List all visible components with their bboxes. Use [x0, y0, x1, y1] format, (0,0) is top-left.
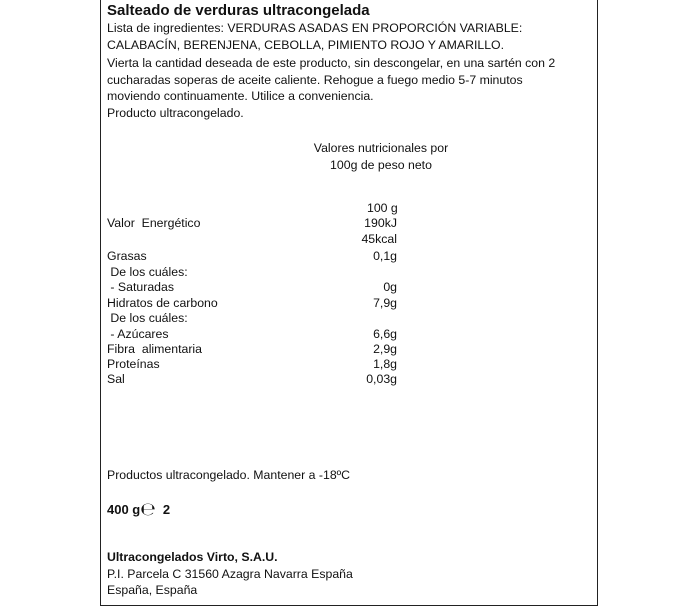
- ingredients-line-1: Lista de ingredientes: VERDURAS ASADAS E…: [107, 21, 522, 35]
- instructions-line-2: cucharadas soperas de aceite caliente. R…: [107, 73, 523, 87]
- nutrition-row-value: 45kcal: [301, 232, 397, 246]
- nutrition-row-label: Grasas: [107, 249, 147, 263]
- estimated-sign-icon: ℮: [140, 499, 155, 520]
- product-type: Producto ultracongelado.: [107, 106, 244, 120]
- company-country: España, España: [107, 583, 197, 597]
- nutrition-row-value: 0g: [301, 280, 397, 294]
- nutrition-column-header: 100 g: [367, 201, 398, 215]
- storage-note: Productos ultracongelado. Mantener a -18…: [107, 468, 350, 482]
- nutrition-row-label: Fibra alimentaria: [107, 342, 202, 356]
- instructions-line-3: moviendo continuamente. Utilice a conven…: [107, 89, 374, 103]
- ingredients-line-2: CALABACÍN, BERENJENA, CEBOLLA, PIMIENTO …: [107, 38, 504, 52]
- nutrition-row-value: 6,6g: [301, 327, 397, 341]
- nutrition-header-line-1: Valores nutricionales por: [281, 141, 481, 155]
- product-title: Salteado de verduras ultracongelada: [107, 2, 370, 20]
- nutrition-row-label: Sal: [107, 372, 125, 386]
- nutrition-row-value: 190kJ: [301, 216, 397, 230]
- product-label: Salteado de verduras ultracongelada List…: [100, 0, 598, 606]
- nutrition-row-label: Hidratos de carbono: [107, 296, 218, 310]
- instructions-line-1: Vierta la cantidad deseada de este produ…: [107, 56, 555, 70]
- units-count: 2: [163, 502, 170, 517]
- nutrition-row-value: 7,9g: [301, 296, 397, 310]
- nutrition-row-label: Valor Energético: [107, 216, 200, 230]
- nutrition-row-label: De los cuáles:: [107, 265, 188, 279]
- nutrition-row-label: - Azúcares: [107, 327, 169, 341]
- net-weight-line: 400 g℮ 2: [107, 502, 170, 517]
- nutrition-row-value: 0,1g: [301, 249, 397, 263]
- nutrition-row-value: 2,9g: [301, 342, 397, 356]
- nutrition-row-label: - Saturadas: [107, 280, 174, 294]
- nutrition-header-line-2: 100g de peso neto: [281, 158, 481, 172]
- company-address: P.I. Parcela C 31560 Azagra Navarra Espa…: [107, 567, 353, 581]
- nutrition-row-value: 1,8g: [301, 357, 397, 371]
- nutrition-row-label: Proteínas: [107, 357, 160, 371]
- nutrition-row-label: De los cuáles:: [107, 311, 188, 325]
- net-weight: 400 g: [107, 502, 140, 517]
- company-name: Ultracongelados Virto, S.A.U.: [107, 550, 278, 564]
- nutrition-row-value: 0,03g: [301, 372, 397, 386]
